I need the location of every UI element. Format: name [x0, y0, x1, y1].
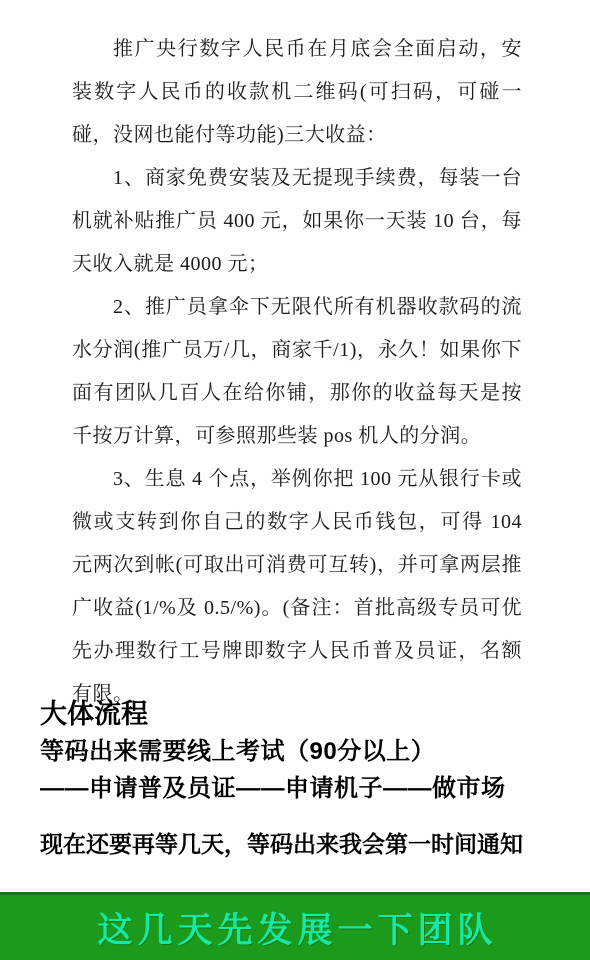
body-paragraph-benefit-1: 1、商家免费安装及无提现手续费，每装一台机就补贴推广员 400 元，如果你一天装… [72, 157, 522, 286]
document-image: 推广央行数字人民币在月底会全面启动，安装数字人民币的收款机二维码(可扫码，可碰一… [0, 0, 590, 960]
bottom-banner: 这几天先发展一下团队 [0, 892, 590, 960]
process-title: 大体流程 [40, 696, 506, 733]
body-paragraph-intro: 推广央行数字人民币在月底会全面启动，安装数字人民币的收款机二维码(可扫码，可碰一… [72, 28, 522, 157]
body-paragraph-benefit-2: 2、推广员拿伞下无限代所有机器收款码的流水分润(推广员万/几，商家千/1)，永久… [72, 286, 522, 458]
notice-line: 现在还要再等几天，等码出来我会第一时间通知 [40, 830, 560, 858]
banner-text: 这几天先发展一下团队 [92, 903, 497, 953]
document-body: 推广央行数字人民币在月底会全面启动，安装数字人民币的收款机二维码(可扫码，可碰一… [72, 28, 522, 716]
process-steps-line: ——申请普及员证——申请机子——做市场 [40, 770, 506, 807]
process-exam-line: 等码出来需要线上考试（90分以上） [40, 733, 506, 770]
process-section: 大体流程 等码出来需要线上考试（90分以上） ——申请普及员证——申请机子——做… [40, 696, 506, 807]
body-paragraph-benefit-3: 3、生息 4 个点，举例你把 100 元从银行卡或微或支转到你自己的数字人民币钱… [72, 458, 522, 716]
